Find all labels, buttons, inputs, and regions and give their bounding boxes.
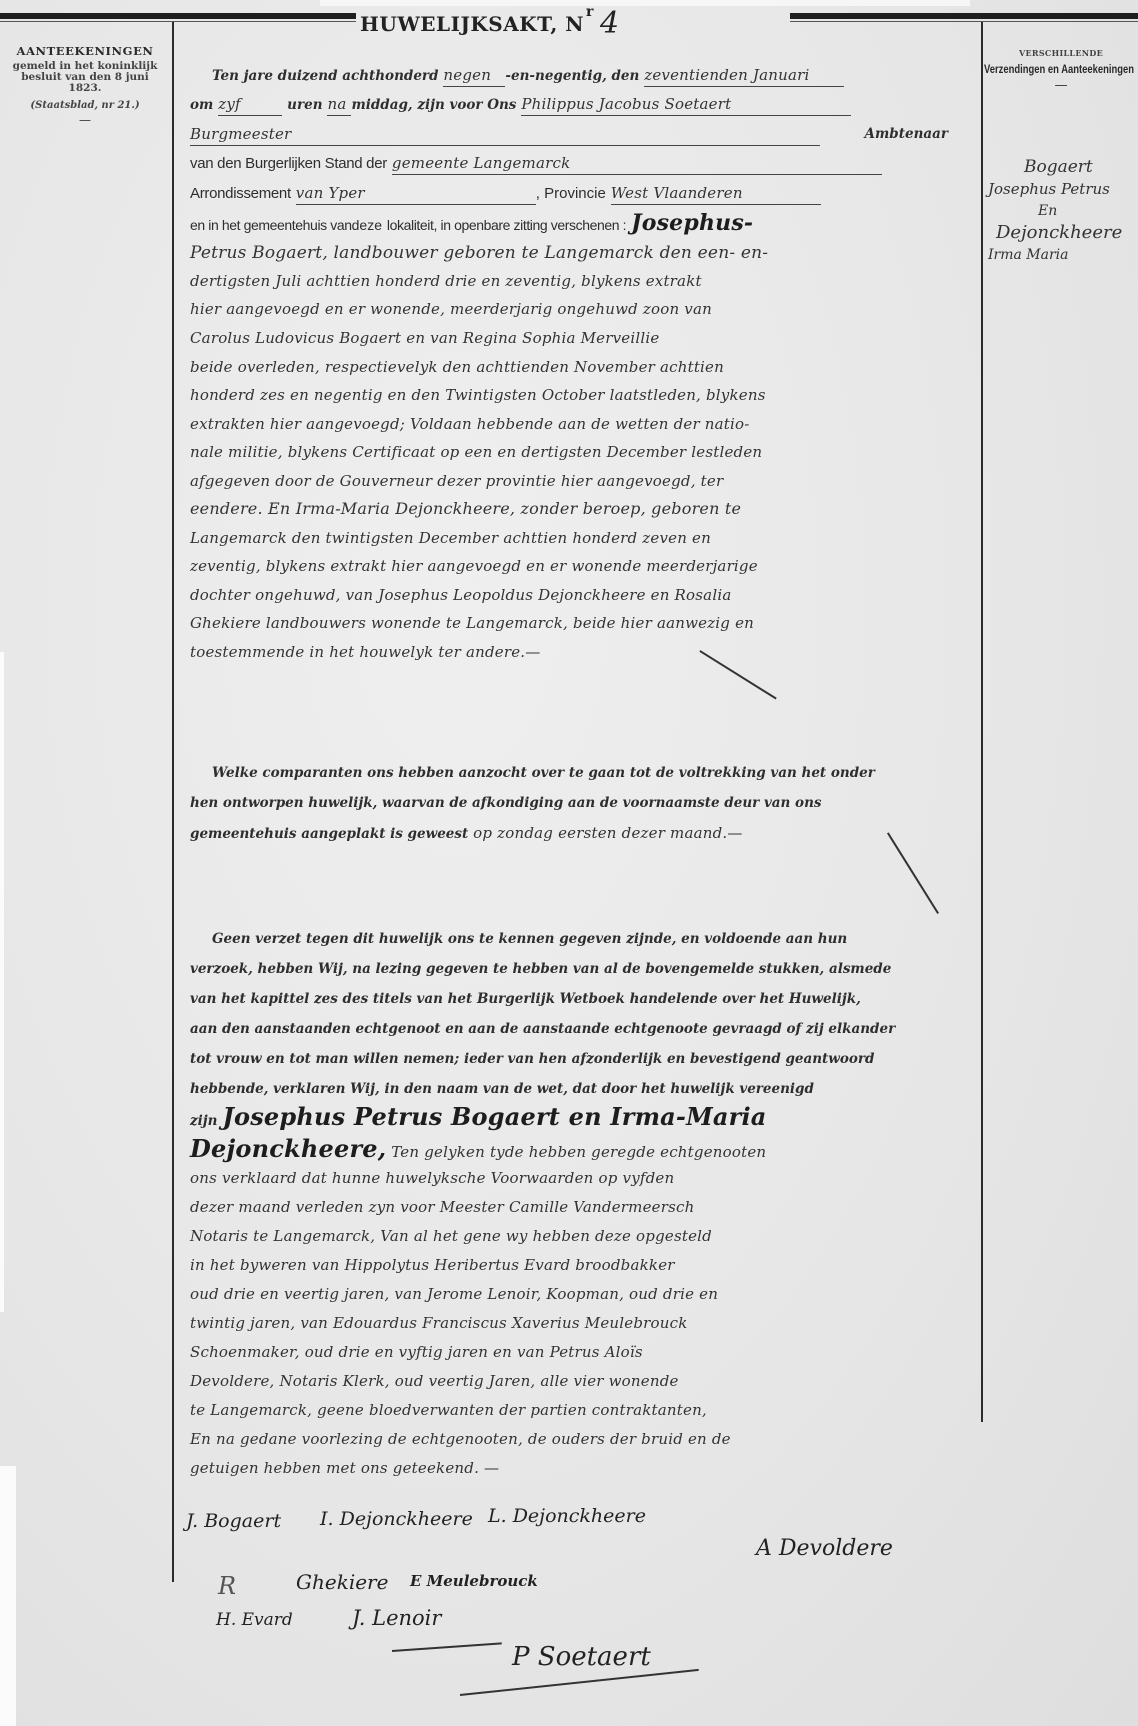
signature-soetaert: P Soetaert (512, 1642, 651, 1672)
scan-edge (0, 652, 4, 1312)
signature-meulebrouck: E Meulebrouck (410, 1572, 538, 1590)
intro-line-2: om zyf uren namiddag, zijn voor Ons Phil… (190, 93, 851, 116)
signature-flourish (392, 1642, 502, 1651)
document-page: HUWELIJKSAKT, Nr4 AANTEEKENINGEN gemeld … (0, 0, 1138, 1726)
signature-bogaert: J. Bogaert (186, 1510, 281, 1532)
act-number: 4 (600, 6, 620, 41)
signature-flourish (460, 1669, 699, 1696)
signature-lenoir: J. Lenoir (352, 1606, 441, 1630)
left-margin-annotations: AANTEEKENINGEN gemeld in het koninklijk … (0, 44, 170, 127)
margin-note-handwritten: Bogaert Josephus Petrus En Dejonckheere … (988, 156, 1138, 266)
publication-date-handwritten: op zondag eersten dezer maand.— (473, 824, 742, 842)
right-column-divider (981, 22, 983, 1422)
signature-ghekiere: Ghekiere (296, 1570, 388, 1594)
intro-line-1: Ten jare duizend achthonderd negen-en-ne… (212, 64, 844, 87)
blank-strike-line (887, 832, 939, 913)
right-margin-heading: Verzendingen en Aanteekeningen (984, 64, 1110, 76)
intro-line-5: Arrondissement van Yper, Provincie West … (190, 182, 821, 205)
signature-devoldere: A Devoldere (756, 1536, 893, 1561)
right-margin-annotations: VERSCHILLENDE Verzendingen en Aanteekeni… (984, 48, 1138, 93)
header-rule-left (0, 13, 356, 19)
spouses-names: Josephus Petrus Bogaert en Irma-Maria (222, 1102, 766, 1131)
blank-strike-line (700, 650, 777, 699)
signature-evard: H. Evard (216, 1610, 293, 1630)
left-column-divider (172, 22, 174, 1582)
document-title: HUWELIJKSAKT, Nr4 (360, 4, 760, 39)
intro-line-3: Burgmeester Ambtenaar (190, 123, 948, 146)
staatsblad-citation: (Staatsblad, nr 21.) (0, 100, 170, 111)
signature-i-dejonckheere: I. Dejonckheere (320, 1508, 473, 1530)
signature-l-dejonckheere: L. Dejonckheere (488, 1505, 646, 1527)
scan-edge (0, 1466, 16, 1726)
intro-line-4: van den Burgerlijken Stand der gemeente … (190, 152, 882, 175)
signature-r-initial: R (218, 1572, 236, 1600)
intro-line-6: en in het gemeentehuis vandeze lokalitei… (190, 212, 753, 236)
left-margin-heading: AANTEEKENINGEN (0, 44, 170, 58)
header-rule-right (790, 13, 1138, 19)
